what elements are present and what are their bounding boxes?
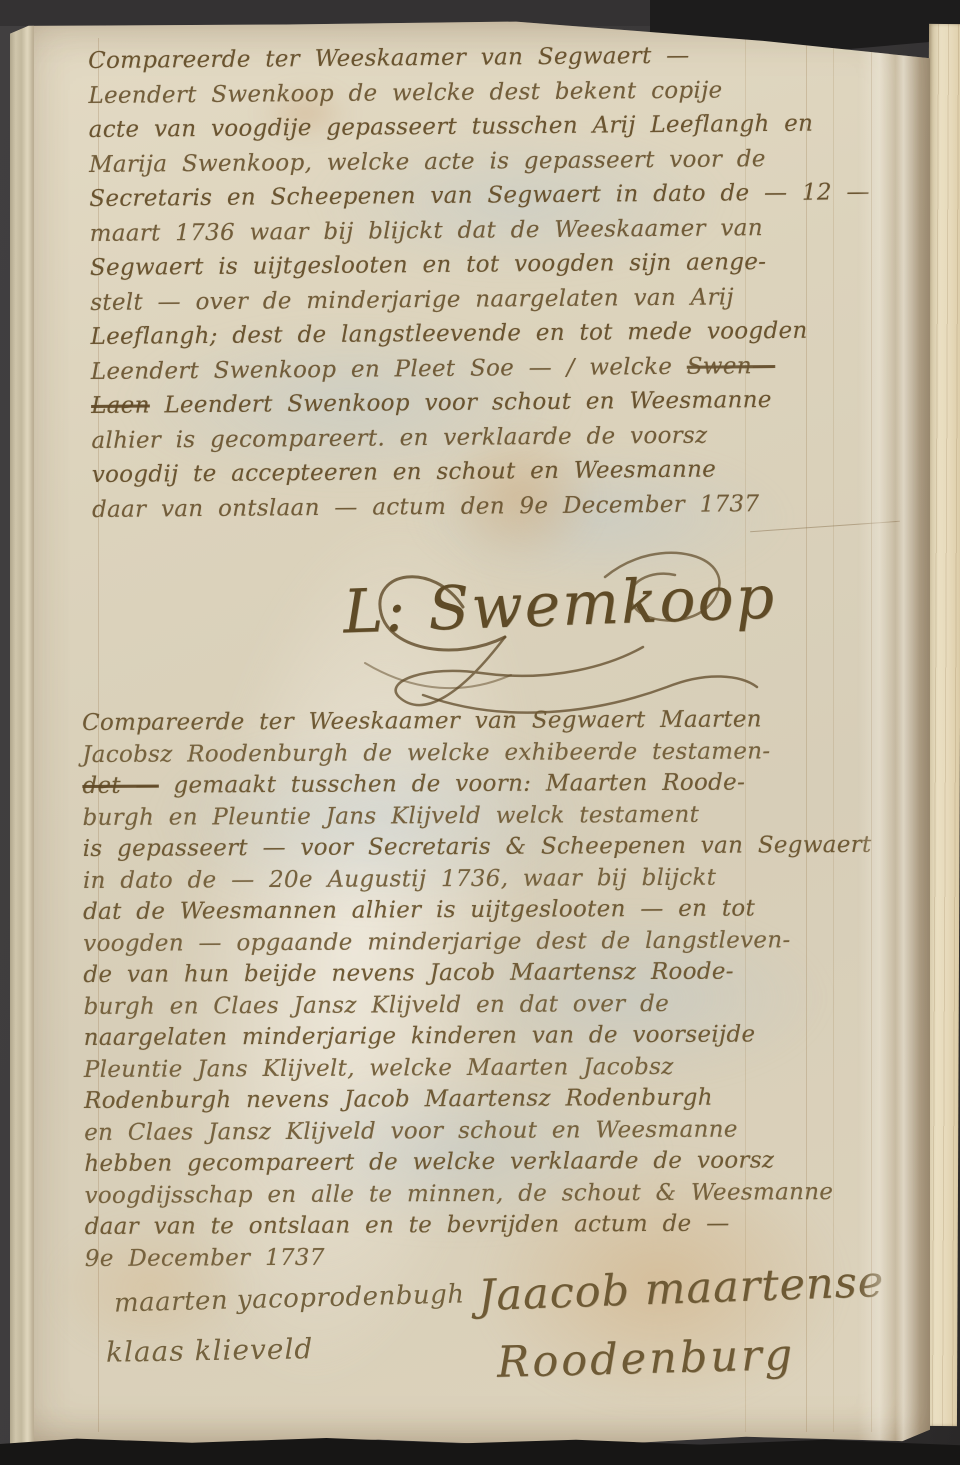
- manuscript-line: Rodenburgh nevens Jacob Maartensz Rodenb…: [84, 1082, 904, 1118]
- struck-through-word: Swen—: [687, 353, 776, 380]
- witness-signature-rodenburgh: maarten yacoprodenbugh: [114, 1279, 465, 1318]
- manuscript-line: voogden — opgaande minderjarige dest de …: [83, 924, 903, 960]
- manuscript-line: hebben gecompareert de welcke verklaarde…: [84, 1145, 904, 1181]
- manuscript-line: daar van ontslaan — actum den 9e Decembe…: [92, 485, 902, 527]
- manuscript-line: Leendert Swenkoop en Pleet Soe — / welck…: [91, 347, 901, 389]
- struck-through-word: Laen: [91, 392, 150, 419]
- manuscript-line: daar van te ontslaan en te bevrijden act…: [85, 1208, 905, 1244]
- manuscript-line: Leendert Swenkoop de welcke dest bekent …: [88, 71, 898, 113]
- manuscript-line: Marija Swenkoop, welcke acte is gepassee…: [89, 140, 899, 182]
- manuscript-line: burgh en Claes Jansz Klijveld en dat ove…: [83, 987, 903, 1023]
- manuscript-line: in dato de — 20e Augustij 1736, waar bij…: [83, 861, 903, 897]
- manuscript-line: burgh en Pleuntie Jans Klijveld welck te…: [82, 798, 902, 834]
- manuscript-photo: Compareerde ter Weeskaamer van Segwaert …: [0, 0, 960, 1465]
- manuscript-line: stelt — over de minderjarige naargelaten…: [90, 278, 900, 320]
- background-shadow-top: [0, 0, 720, 26]
- manuscript-line: maart 1736 waar bij blijckt dat de Weesk…: [90, 209, 900, 251]
- manuscript-line: dat de Weesmannen alhier is uijtgesloote…: [83, 893, 903, 929]
- roodenburg-signature-line2: Roodenburg: [496, 1330, 795, 1388]
- manuscript-line: Compareerde ter Weeskaamer van Segwaert …: [82, 704, 902, 740]
- struck-through-word: det —: [82, 773, 159, 799]
- page-left-edge: [10, 18, 34, 1454]
- manuscript-line: de van hun beijde nevens Jacob Maartensz…: [83, 956, 903, 992]
- manuscript-page: Compareerde ter Weeskaamer van Segwaert …: [10, 18, 930, 1454]
- swemkoop-signature-text: L: Swemkoop: [342, 567, 777, 642]
- manuscript-line: det — gemaakt tusschen de voorn: Maarten…: [82, 767, 902, 803]
- page-fold-shading: [858, 18, 930, 1454]
- manuscript-line: voogdijsschap en alle te minnen, de scho…: [84, 1176, 904, 1212]
- manuscript-line: is gepasseert — voor Secretaris & Scheep…: [83, 830, 903, 866]
- entry-1-text: Compareerde ter Weeskaamer van Segwaert …: [88, 37, 902, 527]
- manuscript-line: alhier is gecompareert. en verklaarde de…: [91, 416, 901, 458]
- manuscript-line: en Claes Jansz Klijveld voor schout en W…: [84, 1113, 904, 1149]
- manuscript-line: Pleuntie Jans Klijvelt, welcke Maarten J…: [84, 1050, 904, 1086]
- entry-2-text: Compareerde ter Weeskaamer van Segwaert …: [82, 704, 905, 1275]
- manuscript-line: Jacobsz Roodenburgh de welcke exhibeerde…: [82, 735, 902, 771]
- witness-signature-klijveld: klaas klieveld: [106, 1332, 314, 1369]
- manuscript-line: naargelaten minderjarige kinderen van de…: [84, 1019, 904, 1055]
